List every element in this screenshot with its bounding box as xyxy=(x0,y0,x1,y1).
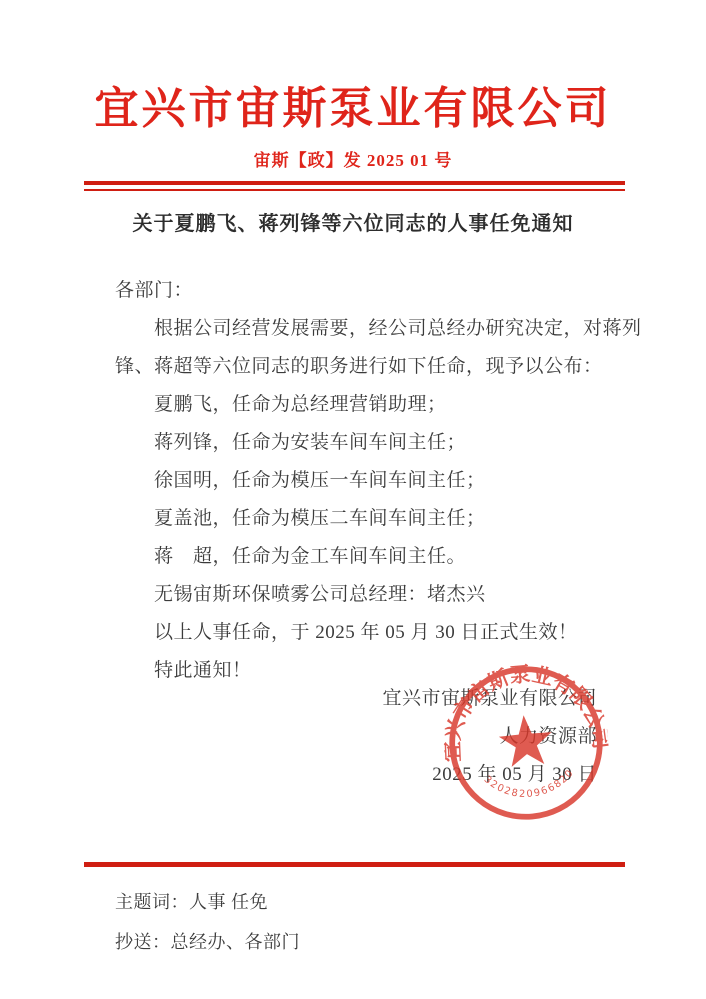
body-line: 以上人事任命，于 2025 年 05 月 30 日正式生效！ xyxy=(115,614,630,652)
body-line: 无锡宙斯环保喷雾公司总经理：堵杰兴 xyxy=(115,576,630,614)
body-line-text: 锋、蒋超等六位同志的职务进行如下任命，现予以公布： xyxy=(115,356,603,377)
body-line-text: 夏鹏飞，任命为总经理营销助理； xyxy=(154,394,447,415)
body-line: 蒋 超，任命为金工车间车间主任。 xyxy=(115,538,630,576)
company-letterhead-title: 宜兴市宙斯泵业有限公司 xyxy=(0,72,706,136)
cc-label: 抄送： xyxy=(115,932,171,952)
body-line-text: 蒋 超，任命为金工车间车间主任。 xyxy=(154,546,466,567)
body-line-text: 蒋列锋，任命为安装车间车间主任； xyxy=(154,432,466,453)
document-number: 宙斯【政】发 2025 01 号 xyxy=(0,146,706,171)
cc-value: 总经办、各部门 xyxy=(171,932,301,952)
body-line: 徐国明，任命为模压一车间车间主任； xyxy=(115,462,630,500)
document-subject-title: 关于夏鹏飞、蒋列锋等六位同志的人事任免通知 xyxy=(0,207,706,236)
body-line-text: 夏盖池，任命为模压二车间车间主任； xyxy=(154,508,486,529)
document-body: 各部门： 根据公司经营发展需要，经公司总经办研究决定，对蒋列锋、蒋超等六位同志的… xyxy=(115,272,630,690)
keywords-label: 主题词： xyxy=(115,892,189,912)
salutation: 各部门： xyxy=(115,272,630,310)
signature-department: 人力资源部 xyxy=(382,718,597,756)
document-page: 宜兴市宙斯泵业有限公司 宙斯【政】发 2025 01 号 关于夏鹏飞、蒋列锋等六… xyxy=(0,0,706,999)
signature-block: 宜兴市宙斯泵业有限公司 人力资源部 2025 年 05 月 30 日 xyxy=(382,680,597,794)
body-line-text: 根据公司经营发展需要，经公司总经办研究决定，对蒋列 xyxy=(154,318,642,339)
header-divider-thin-line xyxy=(84,189,625,191)
body-line-text: 徐国明，任命为模压一车间车间主任； xyxy=(154,470,486,491)
signature-date: 2025 年 05 月 30 日 xyxy=(382,756,597,794)
body-line-text: 特此通知！ xyxy=(154,660,252,681)
footer-divider xyxy=(84,862,625,867)
body-line: 夏盖池，任命为模压二车间车间主任； xyxy=(115,500,630,538)
body-line: 根据公司经营发展需要，经公司总经办研究决定，对蒋列 xyxy=(115,310,630,348)
header-divider xyxy=(84,181,625,191)
body-line: 夏鹏飞，任命为总经理营销助理； xyxy=(115,386,630,424)
body-line-text: 以上人事任命，于 2025 年 05 月 30 日正式生效！ xyxy=(154,622,578,643)
footer-keywords-line: 主题词：人事 任免 xyxy=(115,888,268,914)
body-paragraphs: 根据公司经营发展需要，经公司总经办研究决定，对蒋列锋、蒋超等六位同志的职务进行如… xyxy=(115,310,630,690)
body-line: 锋、蒋超等六位同志的职务进行如下任命，现予以公布： xyxy=(115,348,630,386)
body-line-text: 无锡宙斯环保喷雾公司总经理：堵杰兴 xyxy=(154,584,486,605)
body-line: 蒋列锋，任命为安装车间车间主任； xyxy=(115,424,630,462)
footer-cc-line: 抄送：总经办、各部门 xyxy=(115,928,300,954)
signature-company: 宜兴市宙斯泵业有限公司 xyxy=(382,680,597,718)
keywords-value: 人事 任免 xyxy=(189,892,268,912)
